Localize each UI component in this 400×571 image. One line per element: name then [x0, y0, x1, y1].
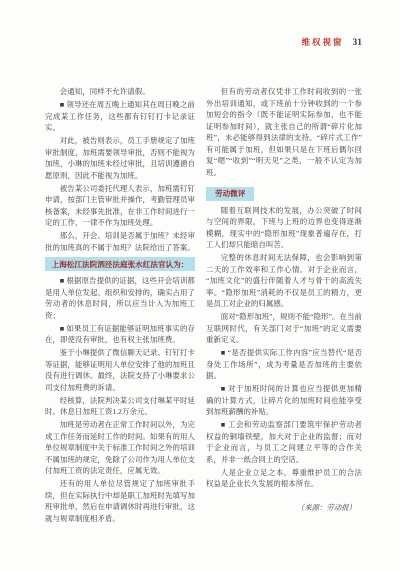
paragraph: ■ “是否提供实际工作内容”应当替代“是否身处工作场所”，成为考量是否加班的主要… [206, 347, 362, 382]
paragraph: 加班是劳动者在正常工作时间以外，为完成工作任务而延时工作的时间。如果有的用人单位… [45, 419, 195, 477]
paragraph: ■ 领导还在周五晚上通知其在周日晚之前完成某工作任务，这些都有钉钉打卡记录证实。 [45, 99, 195, 134]
left-column-opinion: ■ 根据原告提供的证据，这些开会培训都是用人单位发起、组织和安排的，确实占用了劳… [45, 275, 195, 524]
paragraph: 对此，被告则表示，员工手册规定了加班审批制度，加班需要领导审批，否则不能视为加班… [45, 135, 195, 181]
paragraph: 人是企业立足之本，尊重维护员工的合法权益是企业长久发展的根本所在。 [206, 467, 362, 490]
paragraph: 但有的劳动者仅凭非工作时间收到的一张外出培训通知，或下班前十分钟收到的一个参加短… [206, 86, 362, 178]
article-body: 会通知，同样不允许请假。■ 领导还在周五晚上通知其在周日晚之前完成某工作任务，这… [45, 86, 362, 526]
paragraph: ■ 根据原告提供的证据，这些开会培训都是用人单位发起、组织和安排的，确实占用了劳… [45, 275, 195, 321]
left-column-intro: 会通知，同样不允许请假。■ 领导还在周五晚上通知其在周日晚之前完成某工作任务，这… [45, 86, 195, 253]
paragraph: 鉴于小琳提供了微信聊天记录、钉钉打卡等证据，能够证明用人单位安排了他的加班且没有… [45, 347, 195, 393]
paragraph: 经核算，法院判决某公司支付琳某平时延时、休息日加班工资1.2万余元。 [45, 395, 195, 418]
paragraph: 会通知，同样不允许请假。 [45, 86, 195, 98]
paragraph: 那么，开会、培训是否属于加班？未经审批的加班真的不属于加班？法院给出了答案。 [45, 230, 195, 253]
magazine-page: 维权视窗 31 会通知，同样不允许请假。■ 领导还在周五晚上通知其在周日晚之前完… [0, 0, 400, 571]
paragraph: ■ 如果员工有证据能够证明加班事实的存在，即使没有审批，也有权主张加班费。 [45, 323, 195, 346]
paragraph: 被告某公司委托代理人表示，加班需钉钉申请，按部门主管审批并操作，考勤管理员审核备… [45, 183, 195, 229]
paragraph: 还有的用人单位尽管规定了加班审批手续，但在实际执行中却是职工加班时先填写加班审批… [45, 478, 195, 524]
paragraph: 随着互联网技术的发展，办公突破了时间与空间的界限，下班与上班的边界也变得逐渐模糊… [206, 205, 362, 251]
section-label: 维权视窗 [301, 36, 343, 48]
paragraph: ■ 工会和劳动监察部门要筑牢保护劳动者权益的铜墙铁壁，加大对于企业的监督；而对于… [206, 419, 362, 465]
page-number: 31 [353, 38, 363, 48]
judge-opinion-header: 上海松江法院泗泾法庭张水红法官认为： [45, 257, 195, 271]
paragraph: 完整的休息时间无法保障，也会影响到第二天的工作效率和工作心情。对于企业而言，“加… [206, 252, 362, 310]
left-column: 会通知，同样不允许请假。■ 领导还在周五晚上通知其在周日晚之前完成某工作任务，这… [45, 86, 195, 526]
right-column-comment: 随着互联网技术的发展，办公突破了时间与空间的界限，下班与上班的边界也变得逐渐模糊… [206, 205, 362, 490]
paragraph: 面对“隐形加班”，规则不能“隐形”。在当前互联网时代，有关部门对于“加班”的定义… [206, 311, 362, 346]
labor-comment-tab: 劳动微评 [206, 187, 254, 201]
right-column: 但有的劳动者仅凭非工作时间收到的一张外出培训通知，或下班前十分钟收到的一个参加短… [206, 86, 362, 526]
right-column-intro: 但有的劳动者仅凭非工作时间收到的一张外出培训通知，或下班前十分钟收到的一个参加短… [206, 86, 362, 178]
paragraph: ■ 对于加班时间的计算也应当提供更加精确的计算方式，让碎片化的加班时间也能享受到… [206, 383, 362, 418]
page-header: 维权视窗 31 [301, 36, 362, 48]
source-attribution: （来源：劳动报） [206, 502, 362, 513]
